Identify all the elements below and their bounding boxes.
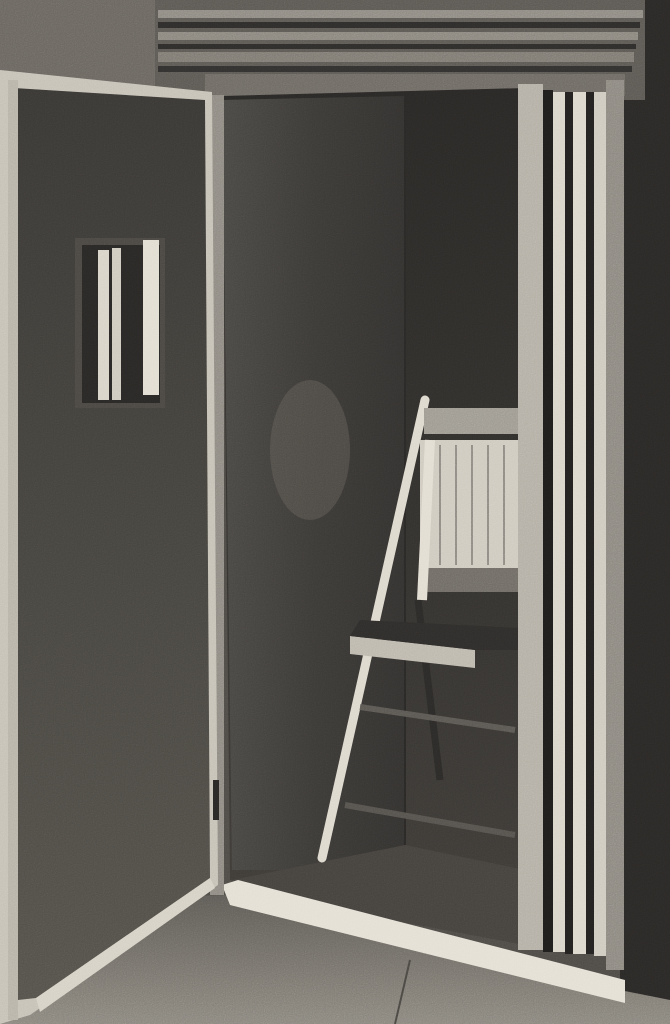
open-door [0,70,219,1024]
cornice-molding [155,0,645,100]
photo-canvas [0,0,670,1024]
barred-window [75,238,165,408]
vertical-slats [518,80,624,970]
photograph: Black-and-white photograph of an open wo… [0,0,670,1024]
